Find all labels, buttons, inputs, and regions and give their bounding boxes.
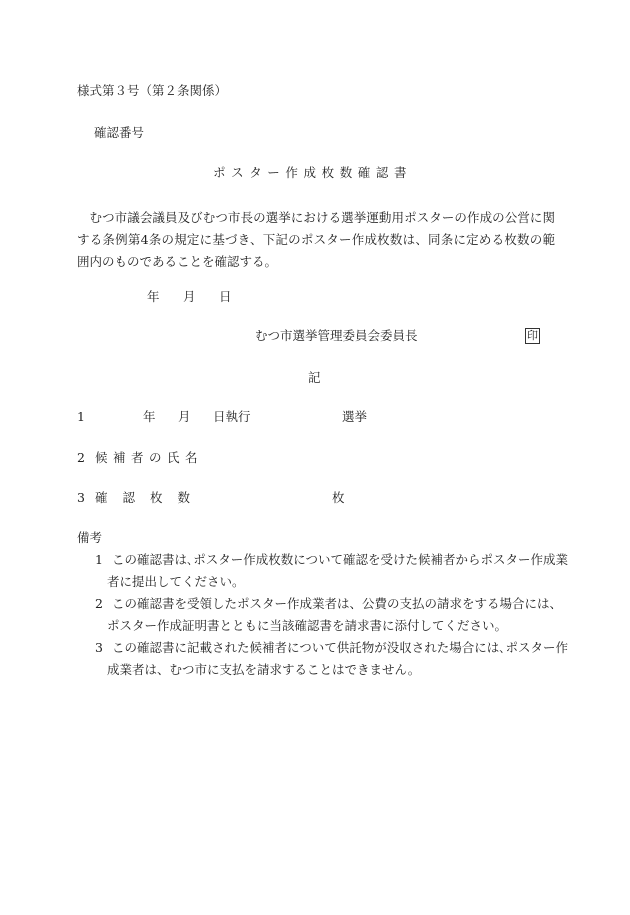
item-3-unit: 枚 (332, 492, 345, 505)
remark-number: 3 (95, 637, 112, 659)
date-year: 年 (147, 291, 160, 304)
body-paragraph: むつ市議会議員及びむつ市長の選挙における選挙運動用ポスターの作成の公営に関する条… (77, 207, 555, 273)
date-day: 日 (219, 291, 232, 304)
remark-number: 1 (95, 549, 112, 571)
date-month: 月 (183, 291, 196, 304)
item-1-year: 年 (143, 411, 156, 424)
remark-text: この確認書に記載された候補者について供託物が没収された場合には､ポスター作成業者… (107, 640, 568, 677)
remarks-heading: 備考 (77, 532, 102, 545)
item-1-day-exec: 日執行 (213, 411, 251, 424)
remark-text: この確認書を受領したポスター作成業者は、公費の支払の請求をする場合には、ポスター… (107, 596, 562, 633)
remark-note: 3この確認書に記載された候補者について供託物が没収された場合には､ポスター作成業… (90, 637, 569, 681)
remark-note: 1この確認書は､ポスター作成枚数について確認を受けた候補者からポスター作成業者に… (90, 549, 569, 593)
document-title: ポスター作成枚数確認書 (213, 167, 412, 180)
item-2-number: 2 (77, 452, 85, 465)
item-1-month: 月 (178, 411, 191, 424)
remark-number: 2 (95, 593, 112, 615)
item-3-number: 3 (77, 492, 85, 505)
issuer-name: むつ市選挙管理委員会委員長 (255, 330, 418, 343)
form-label: 様式第３号（第２条関係） (77, 85, 227, 98)
remark-text: この確認書は､ポスター作成枚数について確認を受けた候補者からポスター作成業者に提… (107, 552, 568, 589)
remark-note: 2この確認書を受領したポスター作成業者は、公費の支払の請求をする場合には、ポスタ… (90, 593, 569, 637)
item-2-label: 候補者の氏名 (95, 452, 203, 465)
item-1-election: 選挙 (342, 411, 367, 424)
confirm-number-label: 確認番号 (94, 127, 144, 140)
ki-heading: 記 (308, 372, 321, 385)
item-1-number: 1 (77, 411, 85, 424)
seal-icon: 印 (525, 328, 540, 344)
item-3-label: 確認枚数 (95, 492, 205, 505)
